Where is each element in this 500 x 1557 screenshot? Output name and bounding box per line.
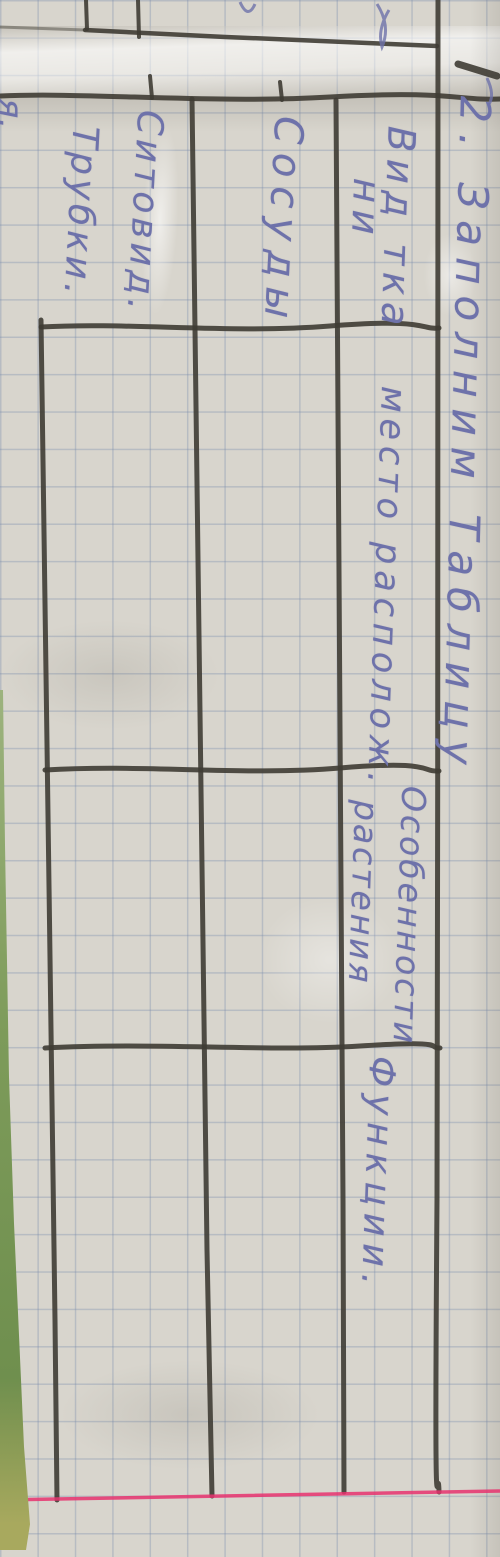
edge-text-fragment: я. <box>0 98 30 129</box>
col-header-functions: Функции. <box>353 1055 402 1293</box>
ink-fragment <box>377 4 389 47</box>
pen-line-top-right-mark <box>458 64 497 76</box>
pen-line-tick <box>150 76 152 98</box>
col-header-plant-features-line2: растения <box>341 799 386 986</box>
pen-line-row-separator-1 <box>336 100 344 1492</box>
pen-line-prev-page-edge <box>0 27 85 30</box>
pen-line-col-separator-3 <box>45 1044 440 1048</box>
pen-line-table-left-border <box>0 95 500 100</box>
pen-line-row-separator-2 <box>192 99 212 1496</box>
col-header-tissue-type-line2: ни <box>343 177 389 242</box>
notebook-photo: 2. Заполним Таблицу Вид тка ни место рас… <box>0 0 500 1557</box>
pen-line-table-bottom-border <box>41 320 57 1500</box>
pen-line-prev-stub <box>86 0 87 29</box>
pen-line-prev-stub <box>138 0 139 37</box>
red-margin-line <box>0 1491 500 1500</box>
ink-fragment <box>240 2 255 12</box>
